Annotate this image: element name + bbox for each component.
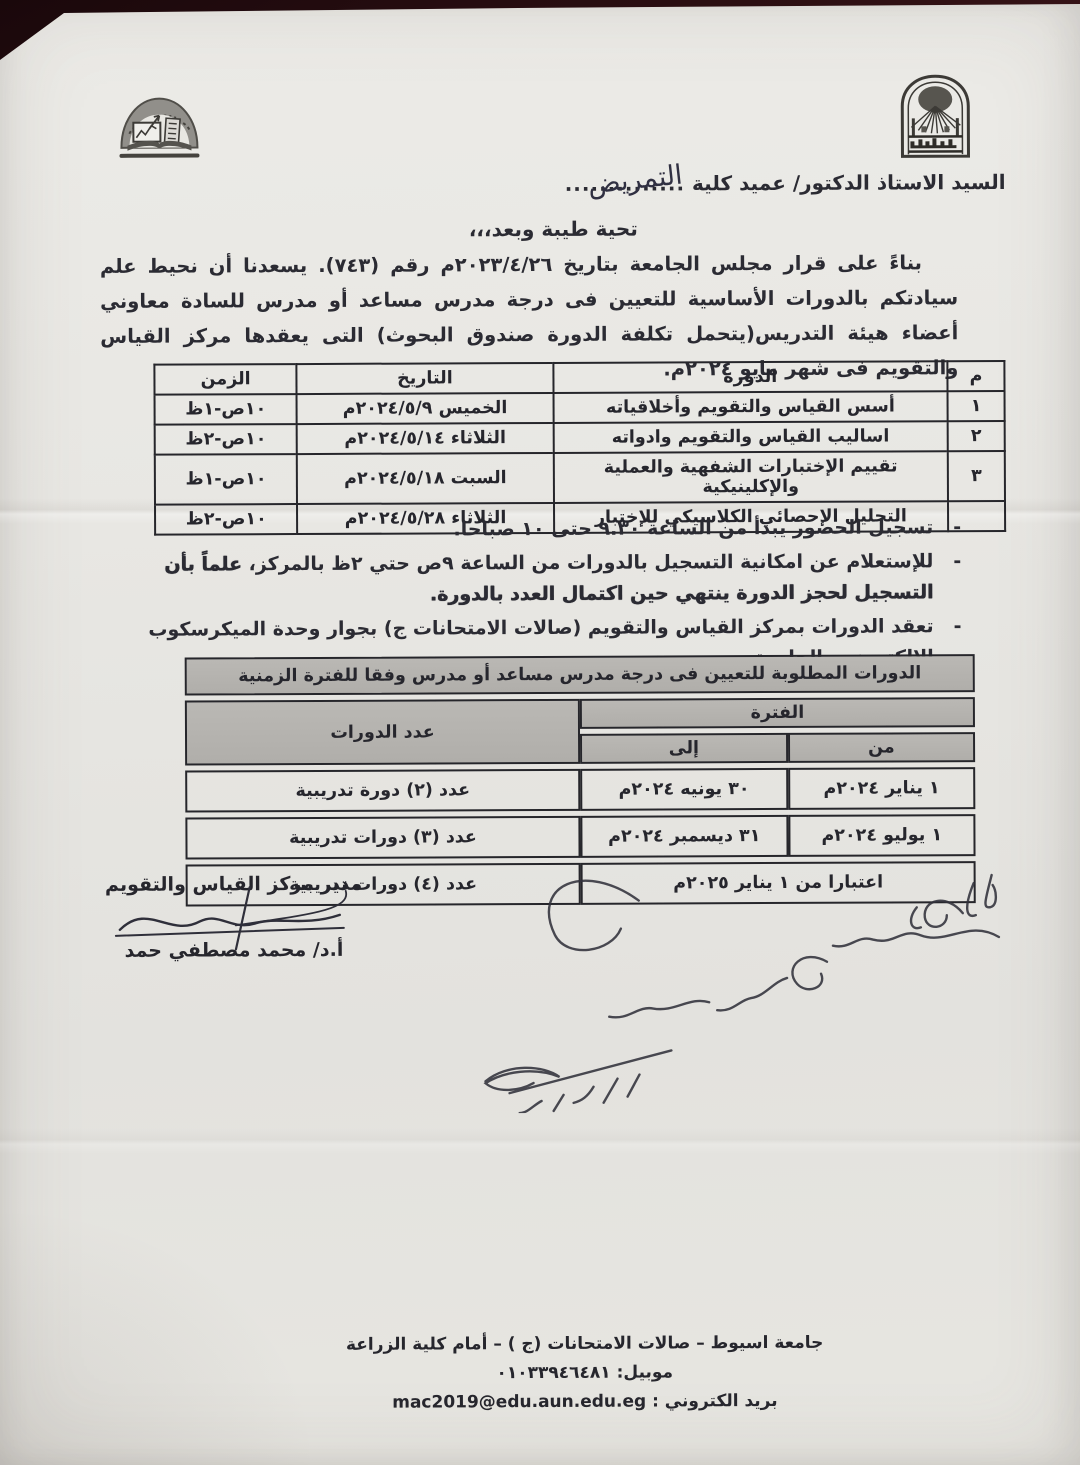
footer: جامعة اسيوط – صالات الامتحانات (ج ) – أم…: [346, 1329, 824, 1418]
assiut-university-logo-icon: [895, 70, 975, 162]
periods-table-title: الدورات المطلوبة للتعيين فى درجة مدرس مس…: [185, 654, 975, 695]
document: السيد الاستاذ الدكتور/ عميد كلية .......…: [0, 0, 1080, 1465]
table-row: ٢ اساليب القياس والتقويم وادواته الثلاثا…: [155, 421, 1005, 455]
addressee-line: السيد الاستاذ الدكتور/ عميد كلية .......…: [565, 170, 1006, 196]
table-title-row: الدورات المطلوبة للتعيين فى درجة مدرس مس…: [185, 654, 975, 695]
measurement-evaluation-center-logo-icon: [113, 83, 205, 167]
col-header-from: من: [788, 732, 975, 763]
cell-course: أسس القياس والتقويم وأخلاقياته: [553, 391, 948, 423]
cell-from: ١ يناير ٢٠٢٤م: [788, 767, 976, 810]
cell-count: عدد (٢) دورة تدريبية: [185, 769, 580, 813]
salutation: تحية طيبة وبعد،،،: [469, 217, 638, 242]
cell-course: تقييم الإختبارات الشفهية والعملية والإكل…: [553, 451, 948, 503]
signature-title: مدير مركز القياس والتقويم: [99, 873, 369, 896]
dash-bullet: -: [953, 546, 961, 609]
cell-time: ١٠ص-١ظ: [155, 454, 298, 505]
col-header-time: الزمن: [154, 364, 296, 395]
col-header-to: إلى: [580, 733, 788, 764]
col-header-count: عدد الدورات: [185, 699, 580, 766]
table-header-row: الفترة عدد الدورات: [185, 697, 975, 730]
addressee-blank: .............. التمريض: [565, 171, 685, 196]
footer-mobile: موبيل: ٠١٠٣٣٩٤٦٤٨١: [346, 1358, 824, 1389]
dash-bullet: -: [953, 512, 961, 544]
note-text: للإستعلام عن امكانية التسجيل بالدورات من…: [91, 546, 933, 613]
table-header-row: م الدورة التاريخ الزمن: [154, 361, 1004, 395]
cell-course: اساليب القياس والتقويم وادواته: [553, 421, 948, 453]
footer-email: بريد الكتروني : mac2019@edu.aun.edu.eg: [346, 1387, 824, 1418]
handwritten-annotation: [388, 841, 1019, 1114]
addressee-text: السيد الاستاذ الدكتور/ عميد كلية: [692, 170, 1006, 195]
col-header-date: التاريخ: [297, 363, 553, 394]
cell-date: السبت ٢٠٢٤/٥/١٨م: [297, 453, 553, 504]
note-item: - للإستعلام عن امكانية التسجيل بالدورات …: [91, 546, 961, 613]
note-text-normal: تسجيل الحضور يبدأ من الساعة ٩.٣٠ حتى ١٠ …: [453, 516, 933, 540]
signature-block: مدير مركز القياس والتقويم أ.د/ محمد مصطف…: [99, 873, 369, 962]
table-row: ١ يناير ٢٠٢٤م ٣٠ يونيه ٢٠٢٤م عدد (٢) دور…: [185, 767, 975, 812]
note-text-normal: للإستعلام عن امكانية التسجيل بالدورات من…: [242, 550, 933, 575]
cell-date: الخميس ٢٠٢٤/٥/٩م: [297, 393, 553, 424]
footer-address: جامعة اسيوط – صالات الامتحانات (ج ) – أم…: [346, 1329, 824, 1360]
table-row: ٣ تقييم الإختبارات الشفهية والعملية والإ…: [155, 451, 1005, 505]
cell-time: ١٠ص-٢ظ: [155, 424, 297, 455]
cell-date: الثلاثاء ٢٠٢٤/٥/١٤م: [297, 423, 553, 454]
col-header-course: الدورة: [553, 361, 948, 393]
table-row: ١ أسس القياس والتقويم وأخلاقياته الخميس …: [155, 391, 1005, 425]
col-header-num: م: [947, 361, 1004, 391]
courses-table: م الدورة التاريخ الزمن ١ أسس القياس والت…: [153, 360, 1006, 536]
cell-num: ٣: [948, 451, 1005, 501]
cell-to: ٣٠ يونيه ٢٠٢٤م: [580, 768, 788, 811]
note-text: تسجيل الحضور يبدأ من الساعة ٩.٣٠ حتى ١٠ …: [453, 512, 933, 546]
director-name: أ.د/ محمد مصطفي حمد: [99, 939, 369, 962]
note-item: - تسجيل الحضور يبدأ من الساعة ٩.٣٠ حتى ١…: [91, 512, 961, 547]
cell-num: ١: [948, 391, 1005, 421]
cell-num: ٢: [948, 421, 1005, 451]
scan-background: السيد الاستاذ الدكتور/ عميد كلية .......…: [0, 0, 1080, 1465]
cell-time: ١٠ص-١ظ: [155, 394, 297, 425]
col-header-period: الفترة: [580, 697, 975, 729]
